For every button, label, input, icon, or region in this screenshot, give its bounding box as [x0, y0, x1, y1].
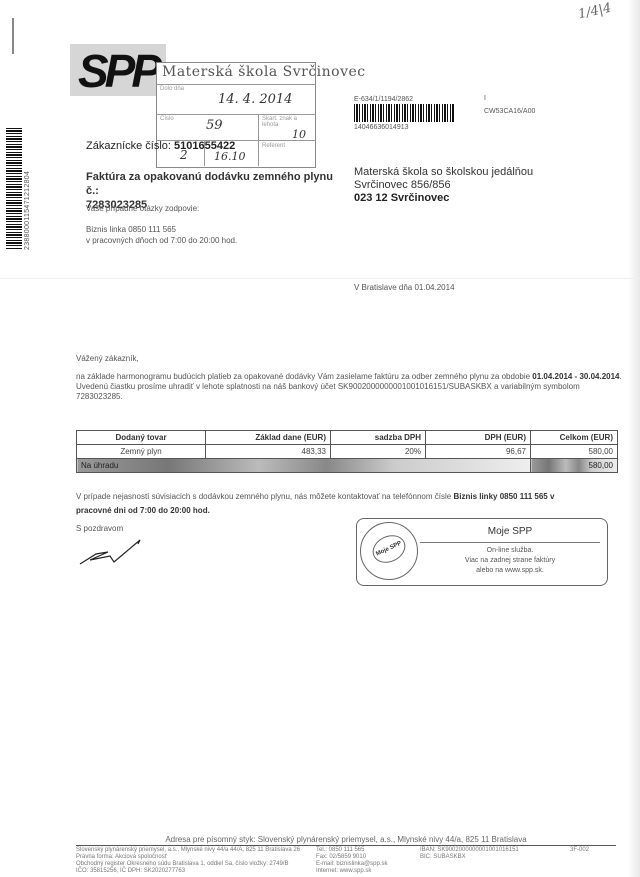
- signature-icon: [78, 536, 148, 568]
- billing-period: 01.04.2014 - 30.04.2014: [532, 372, 619, 381]
- stamp-divider: [156, 114, 316, 115]
- moje-spp-title: Moje SPP: [420, 526, 600, 537]
- stamp-number-label: Číslo: [160, 116, 174, 122]
- stamp-divider: [156, 84, 316, 85]
- moje-spp-divider: [420, 542, 600, 543]
- customer-number-label: Zákaznícke číslo:: [86, 140, 171, 152]
- col-header-vat-rate: sadzba DPH: [331, 431, 426, 445]
- barcode-number: 14046636014913: [354, 124, 409, 131]
- col-header-vat: DPH (EUR): [426, 431, 531, 445]
- greeting: Vážený zákazník,: [76, 354, 139, 363]
- footer-bic: BIC: SUBASKBX: [420, 854, 540, 861]
- col-header-goods: Dodaný tovar: [77, 431, 206, 445]
- amount-due-label: Na úhradu: [77, 459, 531, 473]
- questions-contact: Biznis linka 0850 111 565 v pracovných d…: [86, 224, 237, 246]
- fold-line: [0, 278, 640, 279]
- amount-due-value: 580,00: [531, 459, 618, 473]
- business-line: Biznis linka 0850 111 565: [86, 224, 237, 235]
- paragraph-1: na základe harmonogramu budúcich platieb…: [76, 372, 626, 382]
- cell-vat-rate: 20%: [331, 445, 426, 459]
- footer-iban: IBAN: SK9002000000001001016151: [420, 847, 540, 854]
- amount-due-row: Na úhradu 580,00: [77, 459, 618, 473]
- questions-intro: Vaše prípadné otázky zodpovie:: [86, 204, 199, 213]
- contact-text: V prípade nejasností súvisiacich s dodáv…: [76, 492, 453, 501]
- reference-mark: I: [484, 95, 486, 102]
- stamp-received-value: 14. 4. 2014: [218, 92, 292, 107]
- footer-bank: IBAN: SK9002000000001001016151 BIC: SUBA…: [420, 847, 540, 861]
- recipient-street: Svrčinovec 856/856: [354, 179, 533, 192]
- cell-tax-base: 483,33: [206, 445, 331, 459]
- stamp-handler-label: Referent: [262, 143, 285, 149]
- recipient-name: Materská škola so školskou jedálňou: [354, 166, 533, 179]
- stamp-title: Materská škola Svrčinovec: [162, 64, 366, 80]
- table-header-row: Dodaný tovar Základ dane (EUR) sadzba DP…: [77, 431, 618, 445]
- footer-company-line: Právna forma: Akciová spoločnosť: [76, 854, 312, 861]
- recipient-city: 023 12 Svrčinovec: [354, 192, 533, 205]
- footer-company-line: IČO: 35815256, IČ DPH: SK2020277763: [76, 868, 312, 875]
- moje-spp-link[interactable]: alebo na www.spp.sk.: [420, 566, 600, 576]
- col-header-total: Celkom (EUR): [531, 431, 618, 445]
- moje-spp-line2: Viac na zadnej strane faktúry: [420, 556, 600, 566]
- scan-edge-shadow: [628, 0, 640, 877]
- moje-spp-text: On-line služba. Viac na zadnej strane fa…: [420, 546, 600, 576]
- customer-number-value: 5101655422: [174, 140, 235, 152]
- footer-company-line: Obchodný register Okresného súdu Bratisl…: [76, 861, 312, 868]
- footer-divider: [76, 845, 616, 846]
- barcode-code: E-634/1/1194/2862: [354, 96, 413, 103]
- contact-paragraph: V prípade nejasností súvisiacich s dodáv…: [76, 490, 586, 518]
- col-header-tax-base: Základ dane (EUR): [206, 431, 331, 445]
- footer-company: Slovenský plynárenský priemysel, a.s., M…: [76, 847, 312, 875]
- footer-phone: Tel.: 0850 111 565: [316, 847, 416, 854]
- side-barcode-number: 2388000115471212804: [24, 128, 34, 250]
- spp-logo: SPP: [78, 44, 158, 98]
- footer-company-line: Slovenský plynárenský priemysel, a.s., M…: [76, 847, 312, 854]
- table-row: Zemný plyn 483,33 20% 96,67 580,00: [77, 445, 618, 459]
- paragraph-1-end: .: [619, 372, 621, 381]
- customer-number: Zákaznícke číslo: 5101655422: [86, 140, 235, 152]
- footer-address: Adresa pre písomný styk: Slovenský plyná…: [76, 835, 616, 844]
- letter-body: na základe harmonogramu budúcich platieb…: [76, 372, 626, 402]
- cell-vat: 96,67: [426, 445, 531, 459]
- footer-form-code: 3F-002: [570, 847, 610, 854]
- reference-code: CW53CA16/A00: [484, 108, 535, 115]
- business-hours: v pracovných dňoch od 7:00 do 20:00 hod.: [86, 235, 237, 246]
- footer-contacts: Tel.: 0850 111 565 Fax: 02/5859 9010 E-m…: [316, 847, 416, 875]
- stamp-retention-label: Skart. znak a lehota: [262, 116, 312, 128]
- stamp-number-value: 59: [206, 118, 223, 133]
- side-barcode: [6, 128, 22, 250]
- closing: S pozdravom: [76, 524, 123, 533]
- paragraph-1-text: na základe harmonogramu budúcich platieb…: [76, 372, 532, 381]
- scan-mark: [12, 18, 14, 54]
- paragraph-2: Uvedenú čiastku prosíme uhradiť v lehote…: [76, 382, 626, 402]
- barcode: [354, 104, 454, 122]
- stamp-received-label: Dolo dňa: [160, 86, 184, 92]
- cell-goods: Zemný plyn: [77, 445, 206, 459]
- footer-website[interactable]: Internet: www.spp.sk: [316, 868, 416, 875]
- handwritten-page-mark: 1/4|4: [577, 1, 613, 23]
- cell-total: 580,00: [531, 445, 618, 459]
- letter-date: V Bratislave dňa 01.04.2014: [354, 283, 455, 292]
- invoice-title-text: Faktúra za opakovanú dodávku zemného ply…: [86, 170, 346, 198]
- footer-fax: Fax: 02/5859 9010: [316, 854, 416, 861]
- recipient-address: Materská škola so školskou jedálňou Svrč…: [354, 166, 533, 205]
- footer-email[interactable]: E-mail: biznislinka@spp.sk: [316, 861, 416, 868]
- invoice-table: Dodaný tovar Základ dane (EUR) sadzba DP…: [76, 430, 618, 473]
- moje-spp-line1: On-line služba.: [420, 546, 600, 556]
